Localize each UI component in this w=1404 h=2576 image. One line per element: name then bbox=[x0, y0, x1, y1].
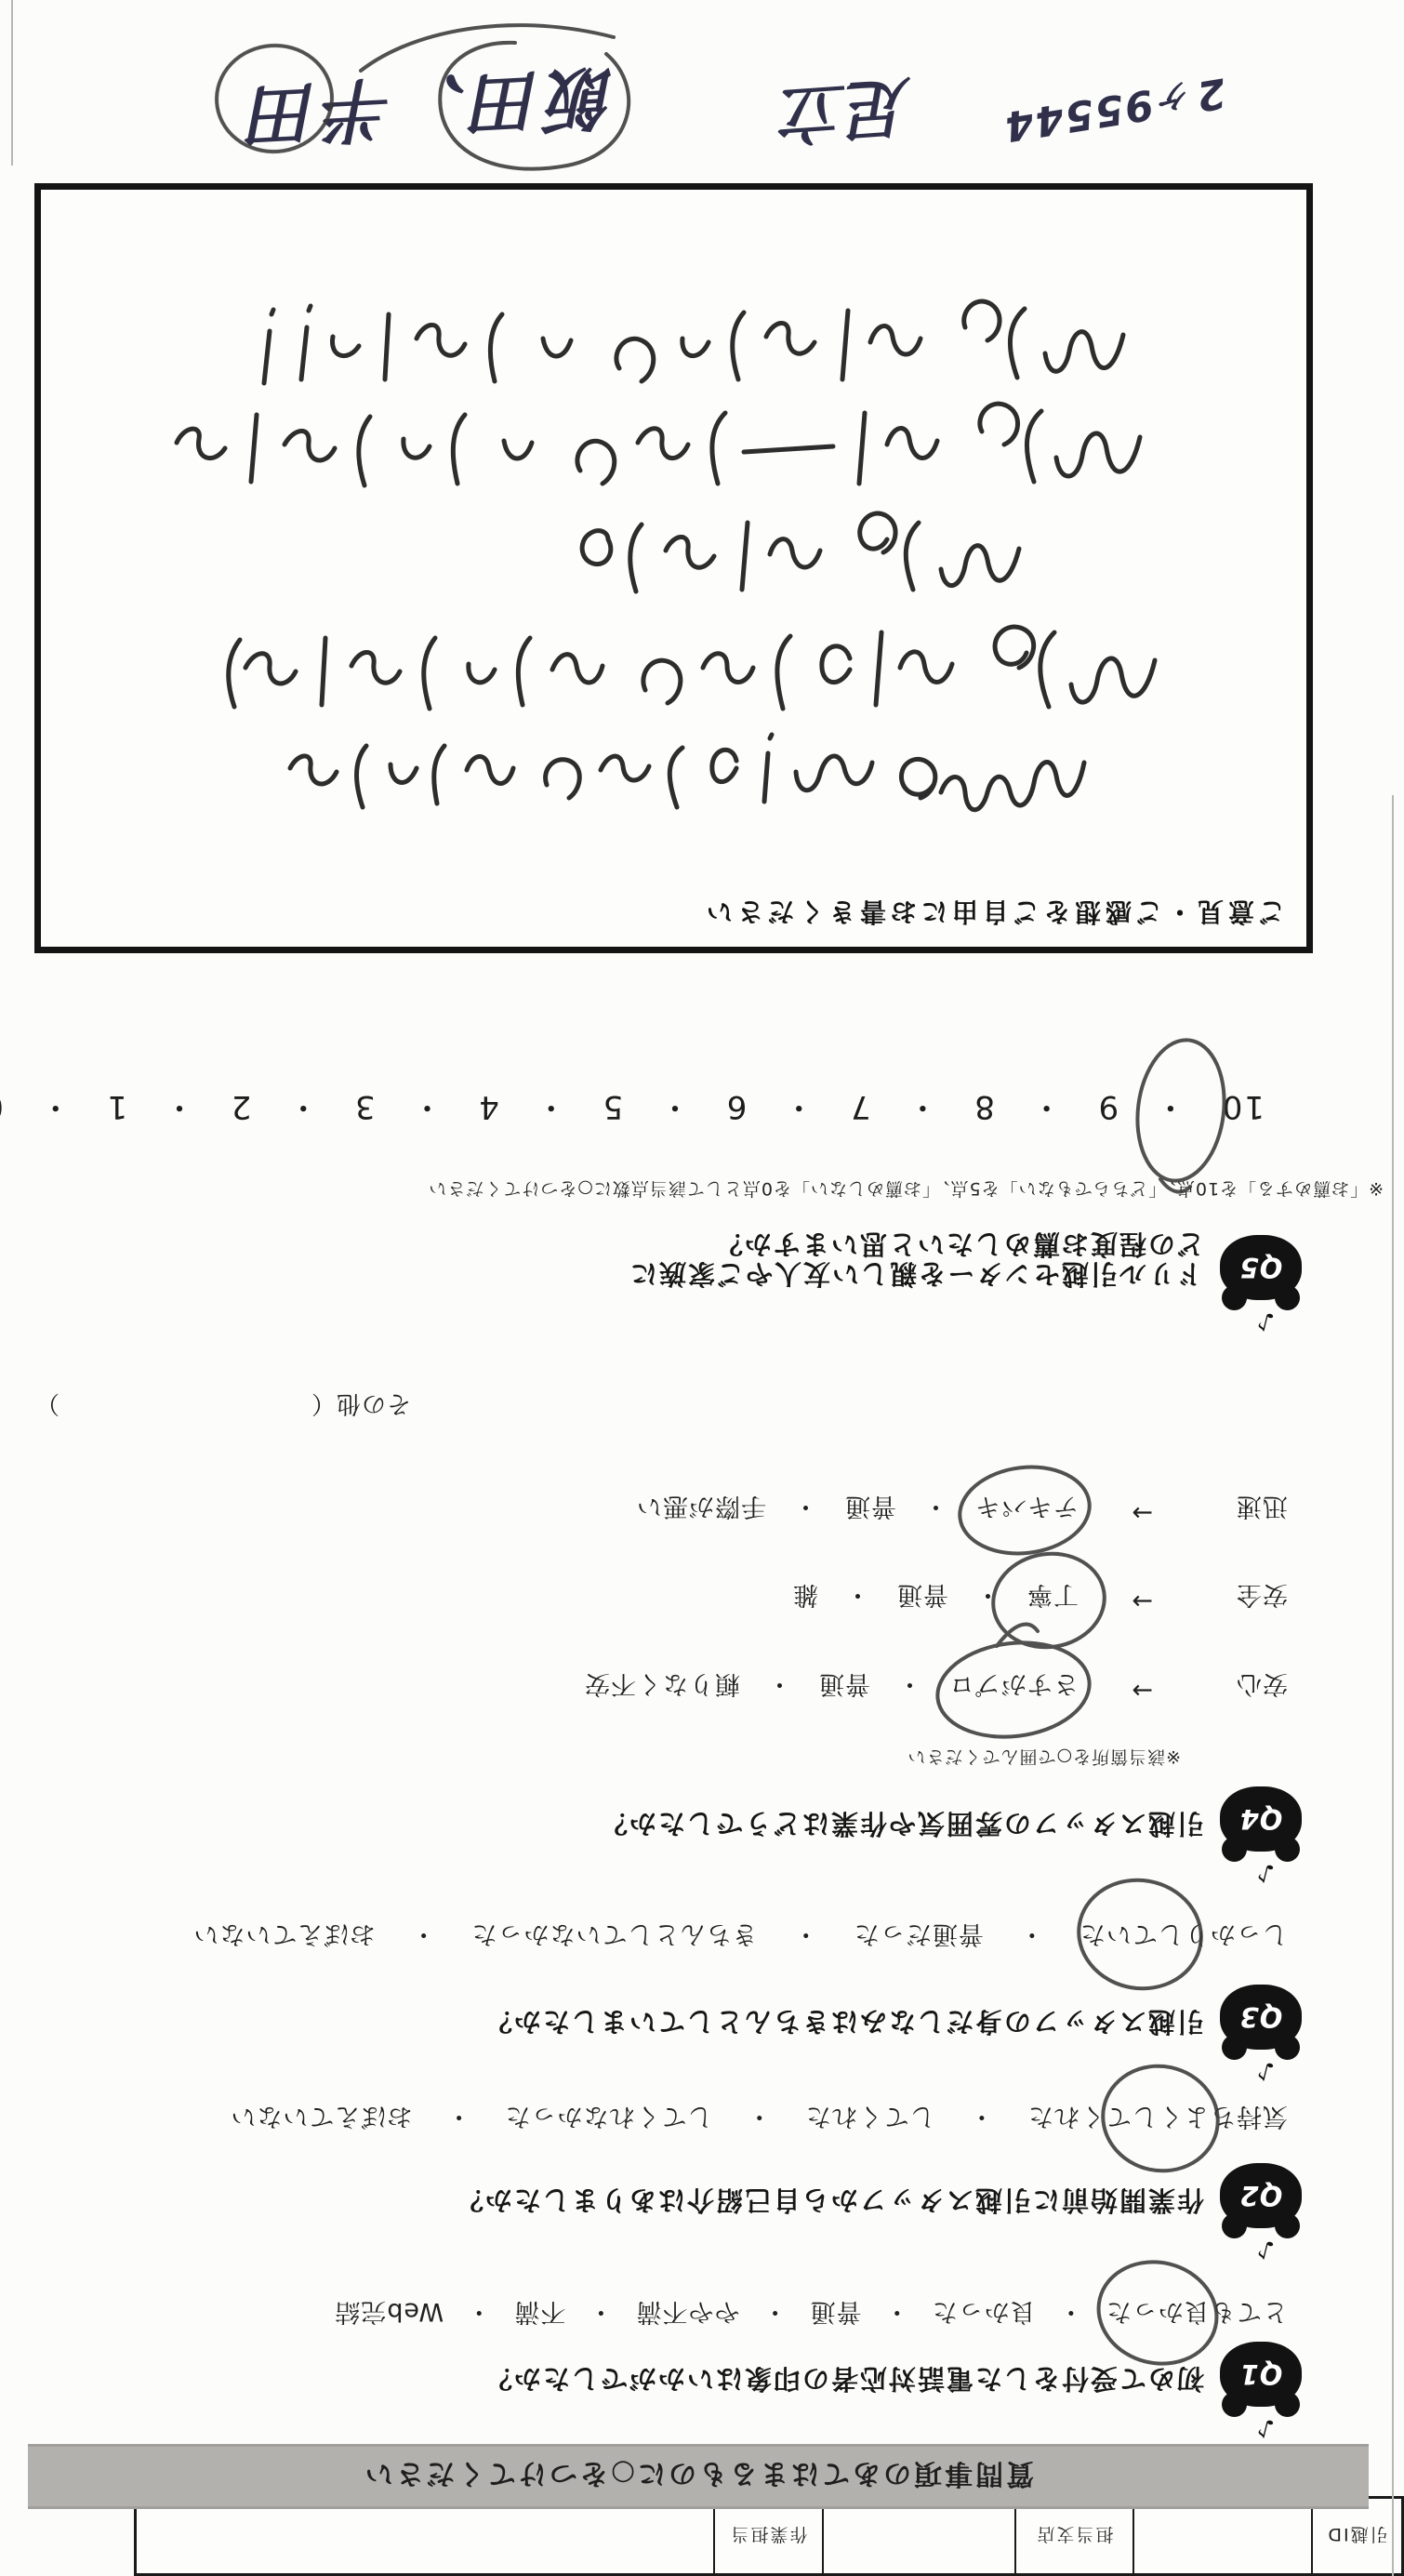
q1-question-text: 初めて受付をした電話対応者の印象はいかがでしたか？ bbox=[483, 2361, 1204, 2399]
arrow-right-icon: → bbox=[1131, 1587, 1153, 1615]
q5-question-line2: どの程度お薦めしたいと思いますか？ bbox=[714, 1227, 1204, 1265]
q3-badge-icon: Q3 ♪ bbox=[1220, 1985, 1302, 2050]
arrow-right-icon: → bbox=[1131, 1498, 1153, 1527]
handwritten-staff-names: 飯田、半田 bbox=[244, 52, 620, 170]
q4-row-anzen-category: 安全 bbox=[1236, 1579, 1288, 1615]
rotated-scan: 質問事項のあてはまるものに○をつけてください Q1 ♪ 初めて受付をした電話対応… bbox=[0, 0, 1404, 2576]
q1-badge-label: Q1 bbox=[1220, 2342, 1302, 2407]
q5-badge-label: Q5 bbox=[1220, 1235, 1302, 1300]
footer-value-moving-id-cell bbox=[1132, 2499, 1311, 2573]
handwritten-branch-name: 足立 bbox=[780, 63, 917, 166]
q4-badge-icon: Q4 ♪ bbox=[1220, 1786, 1302, 1852]
note-sprout-icon: ♪ bbox=[1254, 2233, 1277, 2264]
q4-note: ※該当箇所を○で囲んでください bbox=[907, 1746, 1182, 1771]
q3-options: しっかりしていた ・ 普通だった ・ きちんとしていなかった ・ おぼえていない bbox=[193, 1919, 1289, 1955]
q5-note: ※「お薦めする」を10点、「どちらでもない」を5点、「お薦めしない」を0点として… bbox=[428, 1177, 1384, 1202]
survey-title-bar: 質問事項のあてはまるものに○をつけてください bbox=[28, 2444, 1369, 2509]
note-sprout-icon: ♪ bbox=[1254, 1305, 1277, 1336]
q4-row-anshin-category: 安心 bbox=[1236, 1668, 1288, 1705]
note-sprout-icon: ♪ bbox=[1254, 2054, 1277, 2086]
nps-scale: 10 ・ 9 ・ 8 ・ 7 ・ 6 ・ 5 ・ 4 ・ 3 ・ 2 ・ 1 ・… bbox=[0, 1087, 1265, 1133]
footer-label-moving-id: 引越ID bbox=[1311, 2499, 1401, 2573]
q4-row-anzen-options: 丁寧 ・ 普通 ・ 雑 bbox=[792, 1579, 1079, 1615]
q4-other-blank: その他（ ） bbox=[34, 1388, 411, 1423]
comment-box bbox=[34, 183, 1313, 953]
note-sprout-icon: ♪ bbox=[1254, 1856, 1277, 1888]
footer-label-work-staff: 作業担当 bbox=[713, 2499, 822, 2573]
q2-badge-icon: Q2 ♪ bbox=[1220, 2163, 1302, 2228]
footer-value-branch-cell bbox=[822, 2499, 1014, 2573]
q3-badge-label: Q3 bbox=[1220, 1985, 1302, 2050]
q4-row-jinsoku-options: テキパキ ・ 普通 ・ 手際が悪い bbox=[636, 1491, 1079, 1527]
note-sprout-icon: ♪ bbox=[1254, 2411, 1277, 2443]
q5-badge-icon: Q5 ♪ bbox=[1220, 1235, 1302, 1300]
footer-value-work-staff-cell bbox=[137, 2499, 713, 2573]
page-edge-artifact bbox=[1392, 795, 1394, 2576]
footer-label-branch: 担当支店 bbox=[1014, 2499, 1132, 2573]
q3-question-text: 引越スタッフの身だしなみはきちんとしていましたか？ bbox=[483, 2004, 1204, 2042]
q4-row-jinsoku-category: 迅速 bbox=[1236, 1491, 1288, 1527]
q1-badge-icon: Q1 ♪ bbox=[1220, 2342, 1302, 2407]
scanned-survey-page: 質問事項のあてはまるものに○をつけてください Q1 ♪ 初めて受付をした電話対応… bbox=[0, 0, 1404, 2576]
comment-box-label: ご意見・ご感想をご自由にお書きください bbox=[702, 895, 1285, 932]
q2-options: 気持ちよくしてくれた ・ してくれた ・ してくれなかった ・ おぼえていない bbox=[231, 2101, 1289, 2137]
survey-title: 質問事項のあてはまるものに○をつけてください bbox=[363, 2456, 1034, 2497]
pen-trail bbox=[997, 1625, 1038, 1646]
page-edge-artifact bbox=[11, 0, 13, 166]
q4-row-anshin-options: さすがプロ ・ 普通 ・ 頼りなく不安 bbox=[584, 1668, 1079, 1705]
q2-question-text: 作業開始前に引越スタッフから自己紹介はありましたか？ bbox=[455, 2183, 1204, 2221]
q1-options: とても良かった ・ 良かった ・ 普通 ・ やや不満 ・ 不満 ・ Web完結 bbox=[334, 2296, 1288, 2332]
q4-badge-label: Q4 bbox=[1220, 1786, 1302, 1852]
arrow-right-icon: → bbox=[1131, 1676, 1153, 1705]
handwritten-moving-id: 2ヶ95544 bbox=[1000, 66, 1231, 160]
q2-badge-label: Q2 bbox=[1220, 2163, 1302, 2228]
q4-question-text: 引越スタッフの雰囲気や作業はどうでしたか？ bbox=[599, 1806, 1204, 1844]
